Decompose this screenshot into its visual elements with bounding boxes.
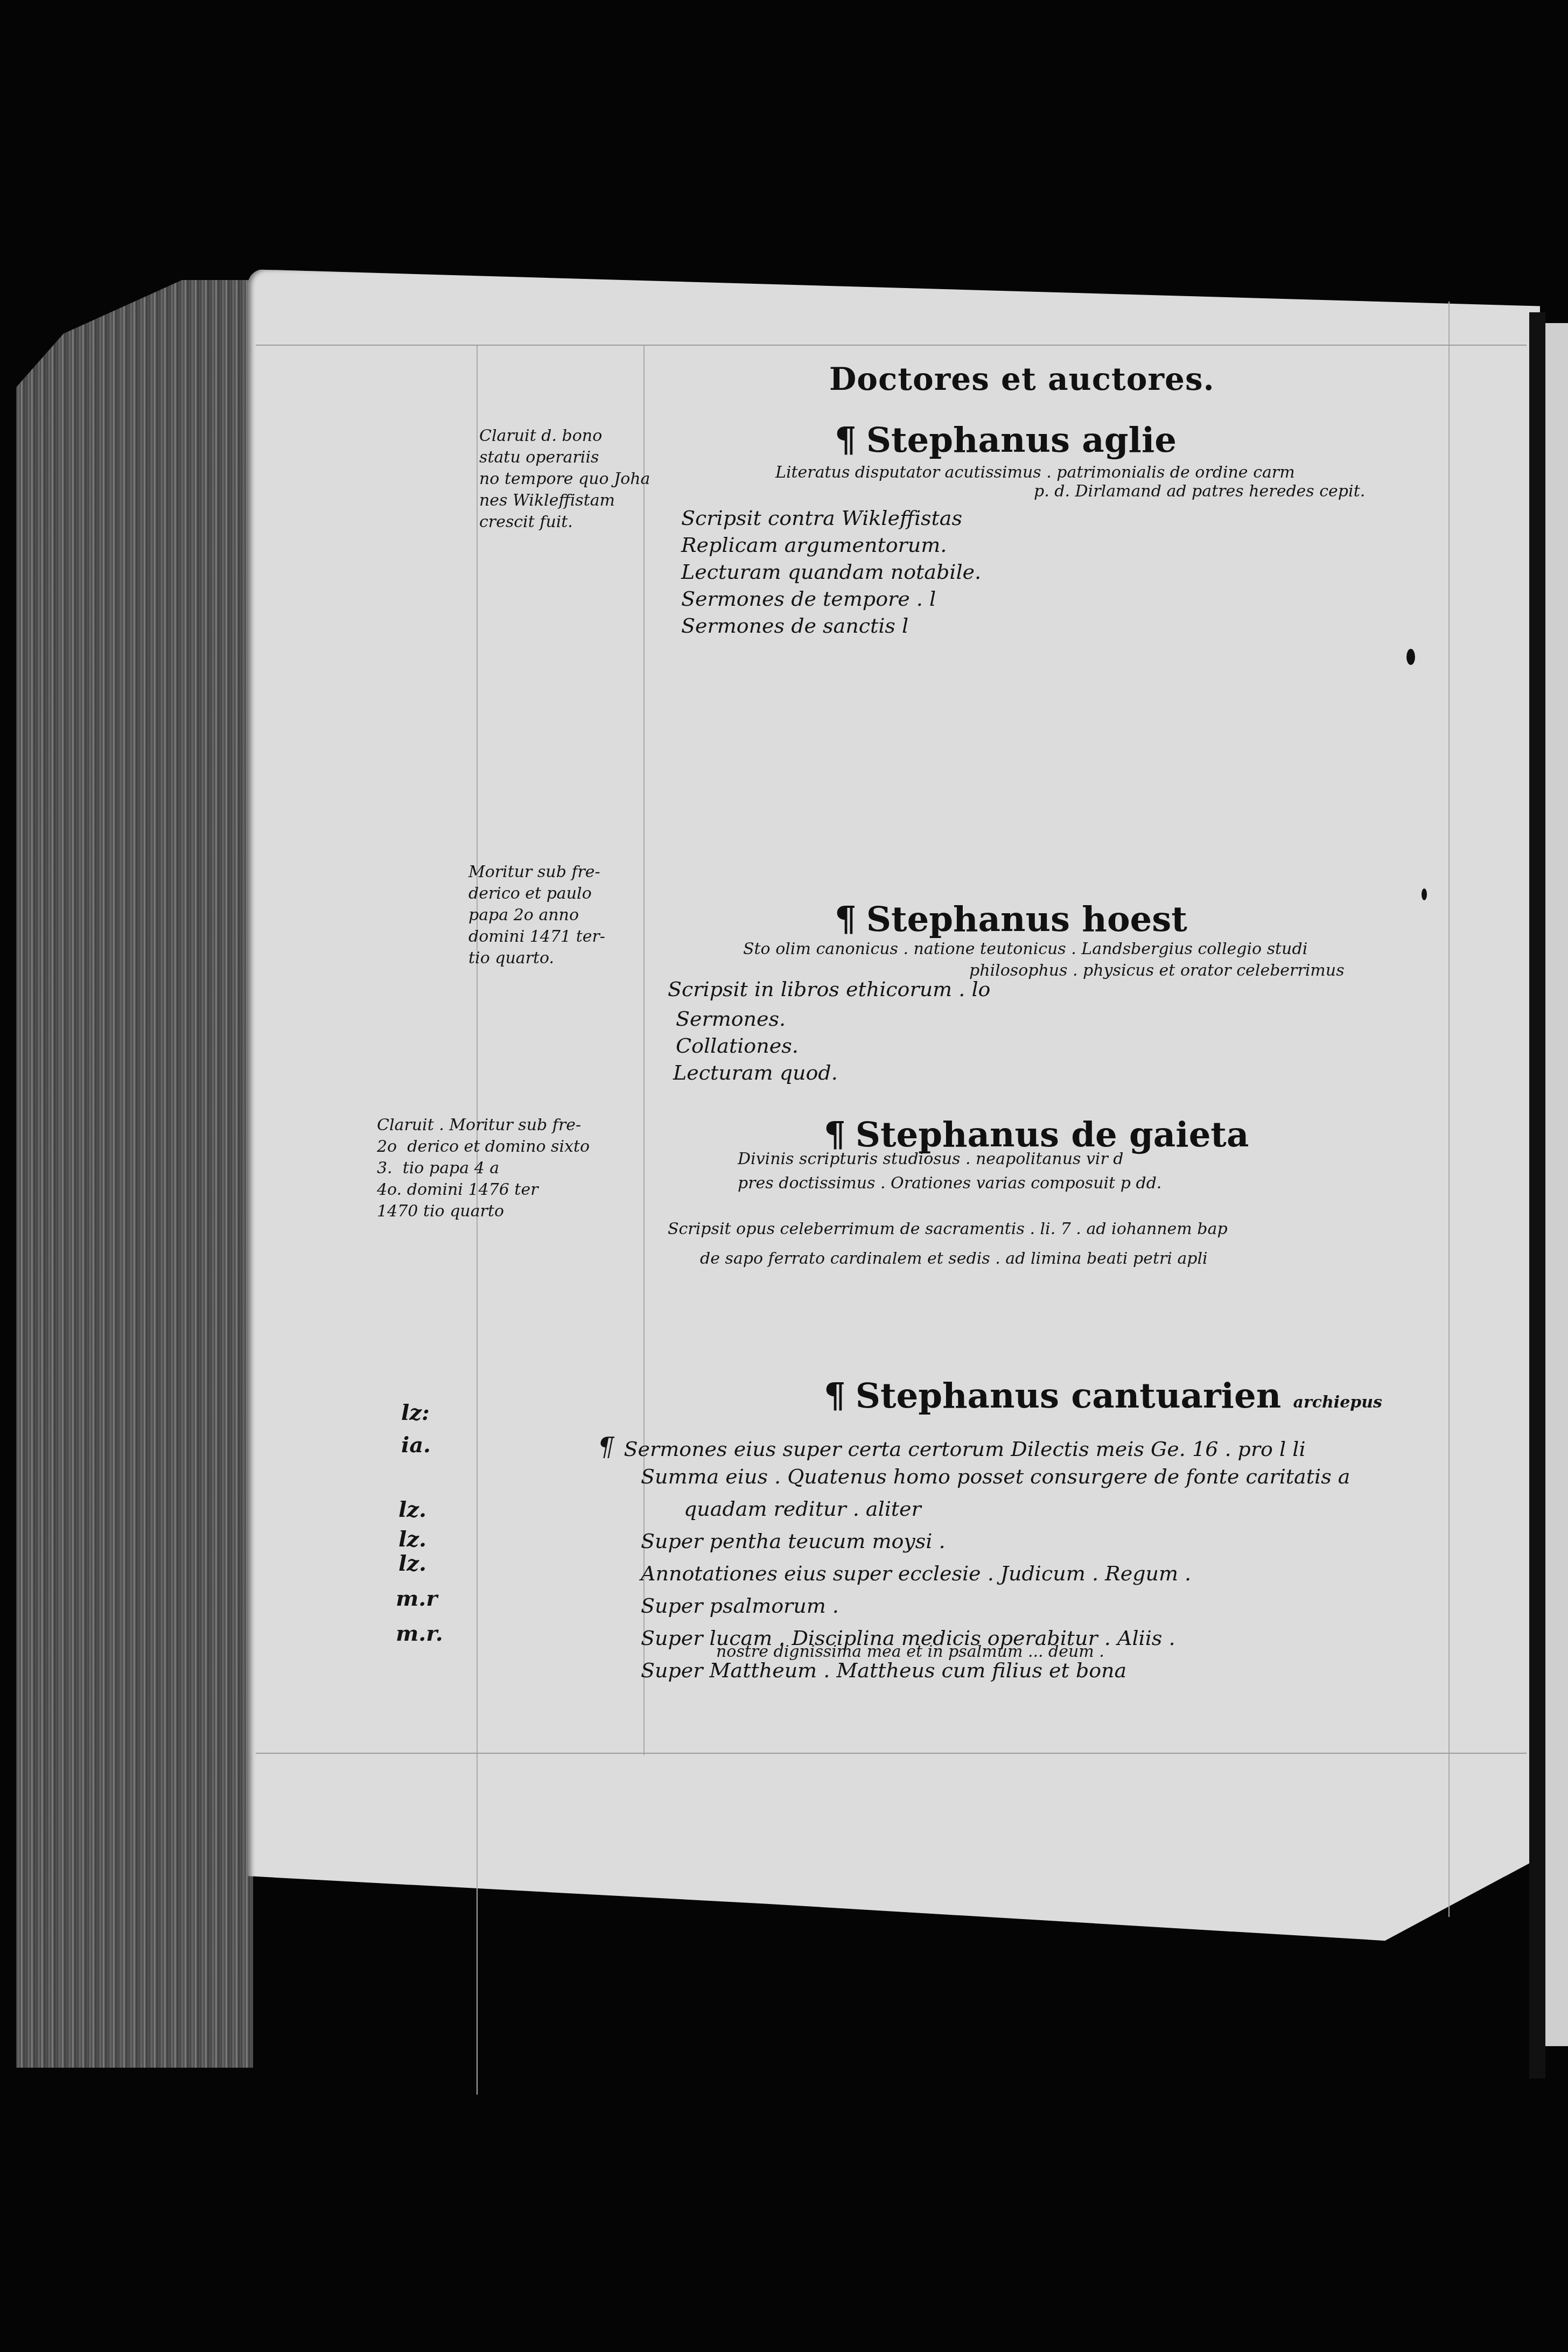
work-line: Sermones de tempore . l bbox=[681, 587, 936, 611]
book-page-edges bbox=[16, 280, 253, 2068]
margin-siglum: ia. bbox=[401, 1432, 431, 1458]
entry-description: philosophus . physicus et orator celeber… bbox=[969, 961, 1345, 980]
work-line: Scripsit in libros ethicorum . lo bbox=[668, 977, 990, 1001]
work-line: Sermones. bbox=[676, 1007, 786, 1031]
heading-text: Doctores et auctores. bbox=[829, 361, 1215, 397]
work-line: Collationes. bbox=[676, 1034, 799, 1058]
entry-description: p. d. Dirlamand ad patres heredes cepit. bbox=[1034, 482, 1365, 501]
work-line: quadam reditur . aliter bbox=[684, 1497, 921, 1521]
entry-description: pres doctissimus . Orationes varias comp… bbox=[738, 1174, 1161, 1193]
margin-siglum: m.r bbox=[396, 1586, 437, 1611]
pilcrow-icon: ¶ bbox=[824, 1115, 846, 1155]
work-line: Super psalmorum . bbox=[641, 1594, 839, 1618]
entry-description: Divinis scripturis studiosus . neapolita… bbox=[738, 1150, 1124, 1168]
margin-note: Claruit d. bono statu operariis no tempo… bbox=[479, 425, 650, 533]
page-heading: Doctores et auctores. bbox=[829, 361, 1215, 397]
margin-siglum: m.r. bbox=[396, 1621, 443, 1646]
margin-siglum: lz. bbox=[398, 1497, 426, 1522]
text-block-bottom-rule bbox=[256, 1753, 1527, 1754]
work-line-interlinear: nostre dignissima mea et in psalmum ... … bbox=[716, 1642, 1104, 1661]
work-line: Summa eius . Quatenus homo posset consur… bbox=[641, 1465, 1350, 1488]
header-rule bbox=[256, 345, 1527, 346]
work-line: Lecturam quandam notabile. bbox=[681, 560, 981, 584]
work-line: Sermones de sanctis l bbox=[681, 614, 908, 638]
margin-siglum: lz. bbox=[398, 1551, 426, 1576]
ink-speck bbox=[1406, 649, 1415, 665]
work-line: Super pentha teucum moysi . bbox=[641, 1529, 946, 1553]
work-line: Lecturam quod. bbox=[673, 1061, 838, 1084]
margin-note: Moritur sub fre- derico et paulo papa 2o… bbox=[468, 862, 605, 969]
pilcrow-icon: ¶ bbox=[835, 420, 857, 460]
work-line: de sapo ferrato cardinalem et sedis . ad… bbox=[700, 1249, 1208, 1268]
pilcrow-icon: ¶ bbox=[835, 899, 857, 940]
margin-rule-right bbox=[1448, 302, 1450, 1917]
work-line: Replicam argumentorum. bbox=[681, 533, 947, 557]
work-line: ¶Sermones eius super certa certorum Dile… bbox=[598, 1432, 1306, 1462]
facing-page-edge bbox=[1545, 323, 1568, 2046]
work-line: Super Mattheum . Mattheus cum filius et … bbox=[641, 1658, 1126, 1682]
entry-title-gaieta: ¶Stephanus de gaieta bbox=[824, 1115, 1249, 1155]
work-line: Annotationes eius super ecclesie . Judic… bbox=[641, 1562, 1191, 1585]
entry-title-aglie: ¶Stephanus aglie bbox=[835, 420, 1177, 460]
work-line: Scripsit opus celeberrimum de sacramenti… bbox=[668, 1220, 1228, 1238]
entry-title-hoest: ¶Stephanus hoest bbox=[835, 899, 1187, 940]
margin-siglum: lz. bbox=[398, 1527, 426, 1552]
work-line: Scripsit contra Wikleffistas bbox=[681, 506, 962, 530]
pilcrow-icon: ¶ bbox=[598, 1432, 614, 1462]
entry-description: Sto olim canonicus . natione teutonicus … bbox=[743, 940, 1307, 958]
ink-speck bbox=[1422, 888, 1427, 900]
binding-gutter bbox=[1529, 312, 1545, 2078]
margin-siglum: lz: bbox=[401, 1400, 430, 1425]
title-suffix: archiepus bbox=[1293, 1393, 1382, 1412]
entry-description: Literatus disputator acutissimus . patri… bbox=[775, 463, 1295, 482]
entry-title-cantuarien: ¶Stephanus cantuarien archiepus bbox=[824, 1376, 1382, 1416]
margin-note: Claruit . Moritur sub fre- 2o derico et … bbox=[377, 1115, 590, 1222]
pilcrow-icon: ¶ bbox=[824, 1376, 846, 1416]
